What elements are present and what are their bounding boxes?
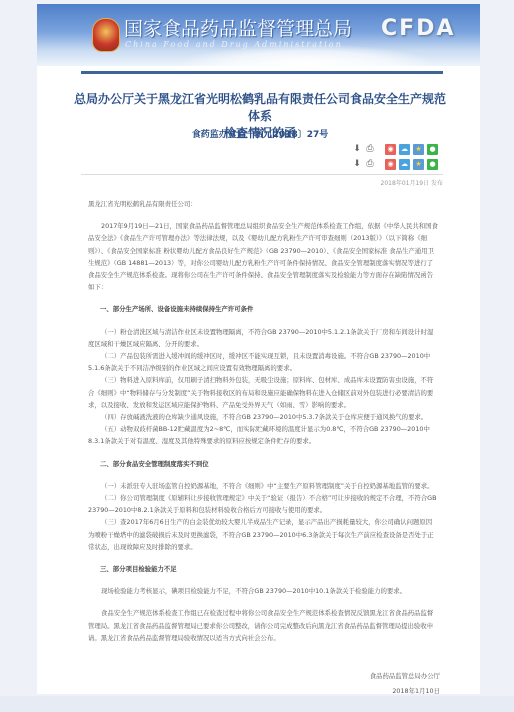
national-emblem-icon [92,18,120,52]
download-icon[interactable]: ⬇ [352,159,362,169]
section-item: （三）物料进入原料库前，仅用刷子清扫物料外包装，无吸尘设施；原料库、包材库、成品… [88,374,438,411]
signature: 食品药品监管总局办公厅 [300,669,440,684]
section-heading: 二、部分食品安全管理制度落实不到位 [88,458,438,470]
section-item: （三）查2017年6月6日生产的白金装优幼较大婴儿半成品生产记录，显示产品出产损… [88,516,438,553]
agency-name-cn: 国家食品药品监督管理总局 [124,14,352,41]
section-item: 现场检验能力考核显示，碘项目检验能力不足，不符合GB 23790—2010中10… [88,585,438,597]
document-body: 黑龙江省光明松鹤乳品有限责任公司： 2017年9月19日—21日，国家食品药品监… [88,198,438,644]
signature-block: 食品药品监管总局办公厅 2018年1月10日 [300,669,440,699]
weibo-share-icon[interactable]: ◉ [385,159,396,170]
title-rule [81,71,443,74]
favorite-share-icon[interactable]: ★ [413,144,424,155]
toolbar-row-1: ⬇ ⎙ ◉ ☁ ★ ● [352,143,438,155]
intro-paragraph: 2017年9月19日—21日，国家食品药品监督管理总局组织食品安全生产规范体系检… [88,220,438,293]
document-number: 食药监办食监一函〔2018〕27号 [70,127,450,140]
wechat-share-icon[interactable]: ● [427,159,438,170]
toolbar-row-2: ⬇ ⎙ ◉ ☁ ★ ● [352,158,438,170]
title-line-1: 总局办公厅关于黑龙江省光明松鹤乳品有限责任公司食品安全生产规范体系 [70,91,450,125]
section-item: （五）动物双歧杆菌BB-12贮藏温度为2~8℃，而实际贮藏环境的温度计显示为0.… [88,423,438,447]
cfda-logo[interactable]: CFDA [381,16,455,41]
wechat-share-icon[interactable]: ● [427,144,438,155]
favorite-share-icon[interactable]: ★ [413,159,424,170]
section-heading: 一、部分生产场所、设备设施未持续保持生产许可条件 [88,303,438,315]
download-icon[interactable]: ⬇ [352,144,362,154]
section-heading: 三、部分项目检验能力不足 [88,563,438,575]
agency-name-en: China Food and Drug Administration [125,40,343,49]
print-icon[interactable]: ⎙ [365,159,375,169]
salutation: 黑龙江省光明松鹤乳品有限责任公司： [88,198,438,210]
section-item: （四）存放碱液洗液的仓库缺少通风设施，不符合GB 23790—2010中5.3.… [88,411,438,423]
qzone-share-icon[interactable]: ☁ [399,144,410,155]
bottom-bar [0,696,514,712]
print-icon[interactable]: ⎙ [365,144,375,154]
qzone-share-icon[interactable]: ☁ [399,159,410,170]
section-item: （二）你公司管理制度《原辅料让步接收管理规定》中关于“验证（报告）不合格”可让步… [88,492,438,516]
closing-paragraph: 食品安全生产规范体系检查工作组已在检查过程中将你公司食品安全生产规范体系检查情况… [88,607,438,644]
divider [81,174,443,175]
site-banner: 国家食品药品监督管理总局 China Food and Drug Adminis… [37,4,480,66]
section-item: （一）粉仓清洗区域与清洁作业区未设置物理隔离，不符合GB 23790—2010中… [88,326,438,350]
publish-date: 2018年01月19日 发布 [300,178,443,187]
weibo-share-icon[interactable]: ◉ [385,144,396,155]
section-item: （一）未派驻专人驻场监管自控奶源基地，不符合《细则》中“主要生产原料管理制度”关… [88,480,438,492]
section-item: （二）产品包装所需进入缓冲间的缓冲区时，缓冲区不能实现互锁，且未设置消毒设施。不… [88,350,438,374]
